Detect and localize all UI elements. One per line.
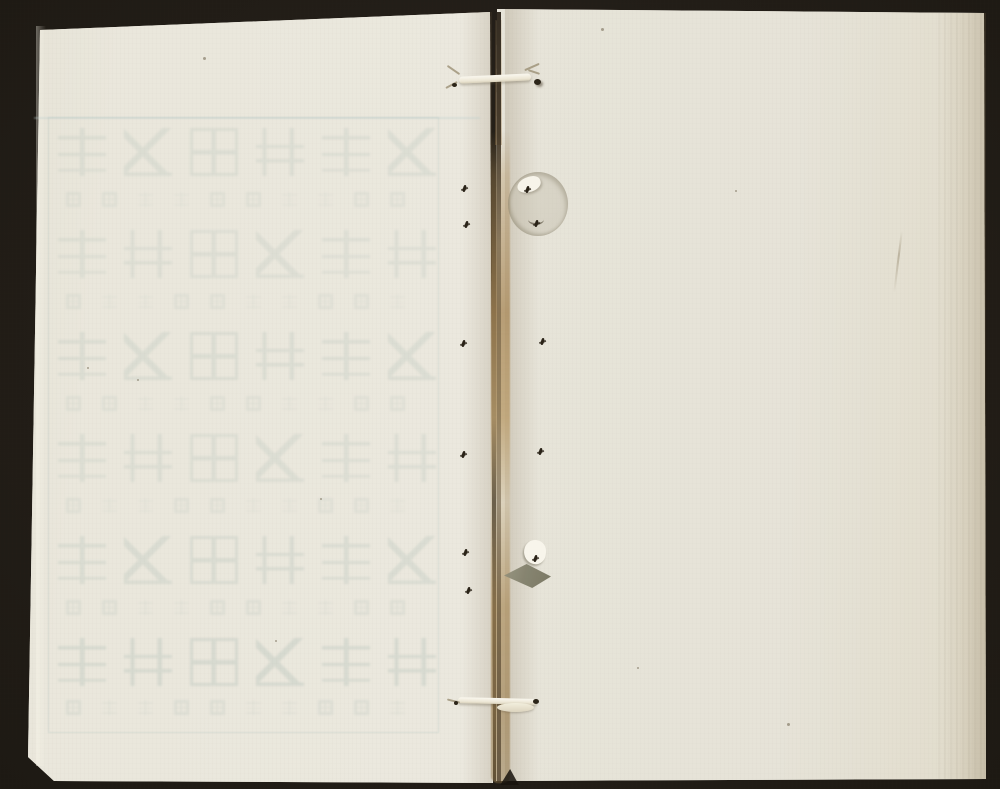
bleedthrough-glyph [210, 498, 225, 513]
bleedthrough-glyph [256, 230, 304, 278]
bleedthrough-glyph [354, 294, 369, 309]
bleedthrough-glyph [138, 396, 153, 411]
bleedthrough-glyph [138, 498, 153, 513]
bleedthrough-glyph [256, 332, 304, 380]
dust-speck [601, 28, 604, 31]
bleedthrough-row [58, 230, 454, 278]
bleedthrough-glyph [102, 600, 117, 615]
bleedthrough-glyph [58, 434, 106, 482]
bleedthrough-glyph [210, 294, 225, 309]
bleedthrough-glyph [102, 498, 117, 513]
right-page-edge-shading [938, 13, 986, 779]
bleedthrough-glyph [138, 192, 153, 207]
bleedthrough-glyph [190, 638, 238, 686]
bleedthrough-glyph [190, 332, 238, 380]
bleedthrough-glyph [282, 396, 297, 411]
bleedthrough-glyph [354, 600, 369, 615]
bleedthrough-glyph [124, 536, 172, 584]
worm-hole-mark [463, 221, 470, 228]
bleedthrough-row [58, 638, 454, 686]
dust-speck [137, 379, 139, 381]
bleedthrough-glyph [256, 536, 304, 584]
bleedthrough-glyph [174, 396, 189, 411]
bleedthrough-glyph [322, 230, 370, 278]
bleedthrough-glyph [256, 434, 304, 482]
bleedthrough-row [66, 498, 426, 517]
bleedthrough-row [66, 600, 426, 619]
left-page-edge-highlight [36, 26, 46, 766]
bleedthrough-glyph [390, 192, 405, 207]
bleedthrough-glyph [102, 294, 117, 309]
bleedthrough-glyph [388, 638, 436, 686]
worm-hole-mark [539, 338, 546, 345]
bleedthrough-glyph [322, 128, 370, 176]
bleedthrough-row [66, 294, 426, 313]
worm-hole-mark [460, 340, 467, 347]
bleedthrough-glyph [282, 192, 297, 207]
bleedthrough-glyph [102, 700, 117, 715]
bleedthrough-glyph [190, 230, 238, 278]
stitch-hole [534, 79, 541, 85]
bleedthrough-glyph [390, 294, 405, 309]
bleedthrough-glyph [174, 498, 189, 513]
gutter-shadow-left [462, 12, 492, 783]
bleedthrough-glyph [322, 536, 370, 584]
bleedthrough-glyph [318, 700, 333, 715]
bleedthrough-glyph [174, 700, 189, 715]
bleedthrough-glyph [210, 600, 225, 615]
worm-hole-mark [460, 451, 467, 458]
bleedthrough-glyph [124, 434, 172, 482]
bleedthrough-glyph [246, 396, 261, 411]
bleedthrough-glyph [58, 128, 106, 176]
bleedthrough-glyph [354, 192, 369, 207]
bleedthrough-glyph [388, 332, 436, 380]
stitch-hole [454, 701, 458, 705]
bleedthrough-glyph [66, 396, 81, 411]
bleedthrough-glyph [282, 700, 297, 715]
bleedthrough-row [58, 332, 454, 380]
bleedthrough-glyph [388, 536, 436, 584]
bleedthrough-glyph [282, 294, 297, 309]
stitch-hole [533, 699, 539, 704]
bleedthrough-glyph [354, 396, 369, 411]
bleedthrough-row [66, 700, 426, 719]
bleedthrough-glyph [318, 498, 333, 513]
bleedthrough-glyph [174, 294, 189, 309]
bleedthrough-row [58, 128, 454, 176]
dust-speck [735, 190, 737, 192]
bleedthrough-glyph [318, 396, 333, 411]
bleedthrough-glyph [58, 230, 106, 278]
bleedthrough-glyph [66, 294, 81, 309]
bleedthrough-glyph [66, 498, 81, 513]
bleedthrough-glyph [388, 128, 436, 176]
bleedthrough-glyph [246, 700, 261, 715]
bleedthrough-glyph [246, 294, 261, 309]
bleedthrough-glyph [388, 230, 436, 278]
bleedthrough-glyph [58, 536, 106, 584]
bleedthrough-glyph [322, 434, 370, 482]
spine-crease-line [497, 12, 501, 783]
bleedthrough-glyph [210, 396, 225, 411]
bleedthrough-row [58, 536, 454, 584]
bleedthrough-glyph [124, 332, 172, 380]
bleedthrough-glyph [210, 192, 225, 207]
bleedthrough-glyph [66, 600, 81, 615]
bleedthrough-glyph [190, 434, 238, 482]
worm-hole-mark [465, 587, 472, 594]
dust-speck [320, 498, 322, 500]
bleedthrough-glyph [124, 128, 172, 176]
worm-hole-mark [524, 186, 531, 193]
bleedthrough-row [58, 434, 454, 482]
bleedthrough-glyph [66, 700, 81, 715]
bleedthrough-glyph [390, 700, 405, 715]
bleedthrough-glyph [58, 638, 106, 686]
bleedthrough-glyph [138, 294, 153, 309]
dust-speck [637, 667, 639, 669]
bleedthrough-glyph [246, 600, 261, 615]
bleedthrough-glyph [138, 700, 153, 715]
bleedthrough-glyph [190, 128, 238, 176]
bleedthrough-row [66, 192, 426, 211]
dust-speck [787, 723, 790, 726]
bleedthrough-glyph [138, 600, 153, 615]
bleedthrough-glyph [318, 600, 333, 615]
bleedthrough-glyph [390, 498, 405, 513]
bleedthrough-glyph [124, 230, 172, 278]
worm-hole-mark [462, 549, 469, 556]
bleedthrough-glyph [322, 638, 370, 686]
bleedthrough-glyph [210, 700, 225, 715]
bleedthrough-glyph [124, 638, 172, 686]
bleedthrough-glyph [66, 192, 81, 207]
bleedthrough-glyph [390, 396, 405, 411]
gutter-shadow-right [505, 9, 539, 781]
bleedthrough-row [66, 396, 426, 415]
stitch-hole [452, 83, 457, 87]
bleedthrough-glyph [102, 192, 117, 207]
bleedthrough-glyph [318, 294, 333, 309]
worm-hole-mark [533, 220, 540, 227]
bleedthrough-glyph [102, 396, 117, 411]
worm-hole-mark [461, 185, 468, 192]
worm-hole-mark [537, 448, 544, 455]
bleedthrough-glyph [246, 498, 261, 513]
bleedthrough-glyph [174, 600, 189, 615]
bleedthrough-glyph [246, 192, 261, 207]
dust-speck [87, 367, 89, 369]
dust-speck [203, 57, 206, 60]
bleedthrough-glyph [282, 498, 297, 513]
worm-hole-mark [532, 555, 539, 562]
bleedthrough-glyph [354, 498, 369, 513]
bleedthrough-glyph [174, 192, 189, 207]
dust-speck [275, 640, 277, 642]
book-scan [0, 0, 1000, 789]
bleedthrough-glyph [282, 600, 297, 615]
bleedthrough-glyph [322, 332, 370, 380]
bleedthrough-glyph [354, 700, 369, 715]
bleedthrough-glyph [256, 128, 304, 176]
bleedthrough-glyph [190, 536, 238, 584]
bleedthrough-glyph [390, 600, 405, 615]
bleedthrough-glyph [388, 434, 436, 482]
bleedthrough-glyph [256, 638, 304, 686]
bleedthrough-glyph [318, 192, 333, 207]
binding-thread-bottom-loop [497, 703, 534, 712]
bleedthrough-glyph [58, 332, 106, 380]
